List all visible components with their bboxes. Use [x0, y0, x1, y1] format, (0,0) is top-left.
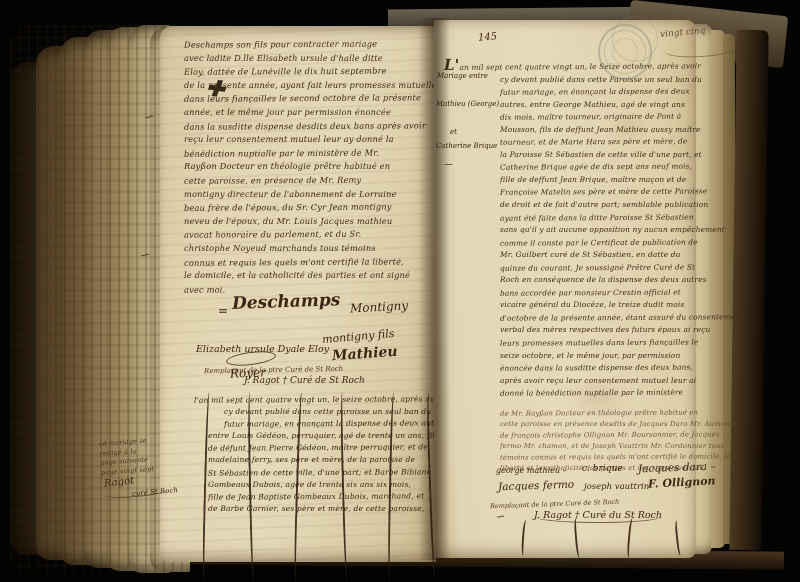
signature-jacques-fermo: Jacques fermo: [498, 479, 575, 494]
signature-dash-mark: =: [218, 304, 228, 318]
manuscript-line: Mousson, fils de deffunt Jean Mathieu au…: [500, 124, 743, 137]
signature-joseph-vauttrin: joseph vauttrin: [584, 482, 649, 492]
manuscript-line: leurs promesses mutuelles dans leurs fia…: [500, 336, 743, 350]
cancellation-stroke: [521, 520, 529, 556]
manuscript-line: vicaire général du Diocèze, le treize du…: [500, 299, 743, 312]
signature-c-brique: c. brique: [582, 464, 623, 474]
manuscript-line: avocat honoraire du parlement, et du Sr.: [184, 228, 441, 243]
manuscript-line: montigny directeur de l'abonnement de Lo…: [184, 188, 441, 202]
signature-george-mathieu: george mathieu –: [496, 466, 567, 475]
cancellation-stroke: [674, 520, 684, 556]
manuscript-line: verbal des mères respectives des futurs …: [500, 324, 743, 337]
ink-blot-cross: ✚: [204, 75, 226, 103]
manuscript-line: année, et le même jour par permission én…: [184, 106, 441, 120]
manuscript-line: sans qu'il y ait aucune opposition ny au…: [500, 224, 743, 237]
manuscript-line: autres, entre George Mathieu, agé de vin…: [500, 99, 743, 112]
manuscript-line: comme il conste par le Certificat de pub…: [500, 236, 743, 250]
manuscript-line: bénédiction nuptialle par le ministère d…: [184, 146, 441, 161]
manuscript-line: de défunt Jean Pierre Gédéon, maître per…: [208, 442, 447, 456]
manuscript-line: connus et requis les quels m'ont certifi…: [184, 255, 441, 270]
manuscript-line: donné la bénédiction nuptialle par le mi…: [500, 386, 743, 400]
manuscript-line: après avoir reçu leur consentement mutue…: [500, 375, 743, 388]
cure-signature-line: J. Ragot † Curé de St Roch: [244, 376, 365, 386]
manuscript-line: cette paroisse en présence desdits de Ja…: [500, 419, 740, 430]
manuscript-line: bans accordée par monsieur Crestin offic…: [500, 286, 743, 300]
manuscript-line: Rayßon Docteur en théologie prêtre habit…: [184, 160, 441, 174]
manuscript-line: dans la susditte dispense desdits deux b…: [184, 119, 441, 134]
manuscript-line: fille de Jean Baptiste Gombeaux Dubois, …: [208, 490, 447, 504]
cancellation-stroke: [626, 518, 635, 558]
manuscript-line: énoncée dans la susditte dispense des de…: [500, 361, 743, 375]
margin-annotation: ce mariage seredigé à lapage suivantepag…: [99, 436, 155, 478]
manuscript-line: quinze du courant, Je soussigné Prêtre C…: [500, 261, 743, 275]
manuscript-line: futur mariage, en énonçant la dispense d…: [224, 418, 447, 431]
ink-stamp: [598, 24, 652, 80]
cure-signature-line: J. Ragot † Curé du St Roch: [534, 510, 662, 523]
manuscript-line: dix mois, maître tourneur, originaire de…: [500, 110, 743, 124]
manuscript-line: Mr. Guilbert curé de St Sébastien, en da…: [500, 249, 743, 262]
manuscript-line: St Sébastien de cette ville, d'une part;…: [208, 466, 447, 480]
manuscript-line: de françois christophe Ollignon Mr. Bour…: [500, 429, 740, 441]
manuscript-line: beau frère de l'époux, du Sr. Cyr Jean m…: [184, 200, 441, 215]
manuscript-line: christophe Noyeud marchands tous témoins: [184, 242, 441, 256]
manuscript-line: de droit et de fait d'autre part; sembla…: [500, 199, 743, 212]
manuscript-line: d'octobre de la présente année, étant as…: [500, 311, 743, 325]
manuscript-line: cy devant publié dans cette paroisse un …: [224, 406, 447, 418]
right-page: 145 Mariage entre Mathieu (George) et Ca…: [434, 20, 696, 558]
signature-deschamps: Deschamps: [232, 290, 341, 314]
manuscript-line: reçu leur consentement mutuel leur ay do…: [184, 133, 441, 147]
manuscript-line: Roch en conséquence de la dispense des d…: [500, 274, 743, 287]
officiant-note: Remplaçant de la ptre Curé de St Roch: [204, 365, 343, 375]
right-entry-marriage: L'an mil sept cent quatre vingt un, le S…: [444, 58, 743, 400]
manuscript-line: madelaine ferry, ses père et mère, de la…: [208, 454, 447, 466]
page-number: 145: [478, 31, 498, 43]
manuscript-line: seize octobre, et le même jour, par perm…: [500, 350, 743, 363]
manuscript-line: ayant été faite dans la ditte Paroisse S…: [500, 211, 743, 225]
manuscript-line: Gombeaux Dubois, agée de trente six ans …: [208, 479, 447, 491]
signature-montigny: Montigny: [350, 298, 409, 315]
cancelled-entry: l'an mil sept cent quatre vingt un, le s…: [194, 394, 447, 515]
manuscript-line: Françoise Matelin ses père et mère de ce…: [500, 186, 743, 200]
manuscript-line: fermo Mr. chamon, et de Joseph Vauttrin …: [500, 441, 740, 452]
margin-squiggle: ∽: [139, 247, 152, 263]
manuscript-line: de Mr. Rayßon Docteur en théologie prêtr…: [500, 407, 740, 419]
manuscript-line: L'an mil sept cent quatre vingt un, le S…: [444, 57, 743, 74]
cancellation-stroke: [573, 518, 582, 558]
manuscript-line: neveu de l'époux, du Mr. Louis Jacques m…: [184, 215, 441, 229]
stamp-ghost-ring: [612, 16, 658, 62]
manuscript-line: de Barbe Garnier, ses père et mère, de c…: [208, 503, 447, 515]
officiant-note: Remplaçant de la ptre Curé de St Roch: [490, 498, 620, 511]
left-page: Deschamps son fils pour contracter maria…: [160, 26, 436, 562]
manuscript-line: cette paroisse, en présence de Mr. Remy: [184, 173, 441, 188]
manuscript-line: le domicile, et la catholicité des parti…: [184, 269, 441, 283]
manuscript-line: futur mariage, en énonçant la dispense d…: [500, 85, 743, 99]
manuscript-line: l'an mil sept cent quatre vingt un, le s…: [194, 393, 447, 407]
signature-mathieu: Mathieu: [332, 344, 399, 365]
manuscript-line: Deschamps son fils pour contracter maria…: [184, 37, 441, 52]
manuscript-line: Catherine Brique agée de dix sept ans ne…: [500, 161, 743, 175]
signature-montigny-fils: montigny fils: [322, 327, 395, 346]
manuscript-line: tourneur, et de Marie Hara ses père et m…: [500, 136, 743, 150]
manuscript-line: avec ladite D.lle Elisabeth ursule d'hal…: [184, 52, 441, 66]
officiant-scribble: ∽: [495, 510, 506, 524]
manuscript-photo: Deschamps son fils pour contracter maria…: [0, 0, 800, 582]
